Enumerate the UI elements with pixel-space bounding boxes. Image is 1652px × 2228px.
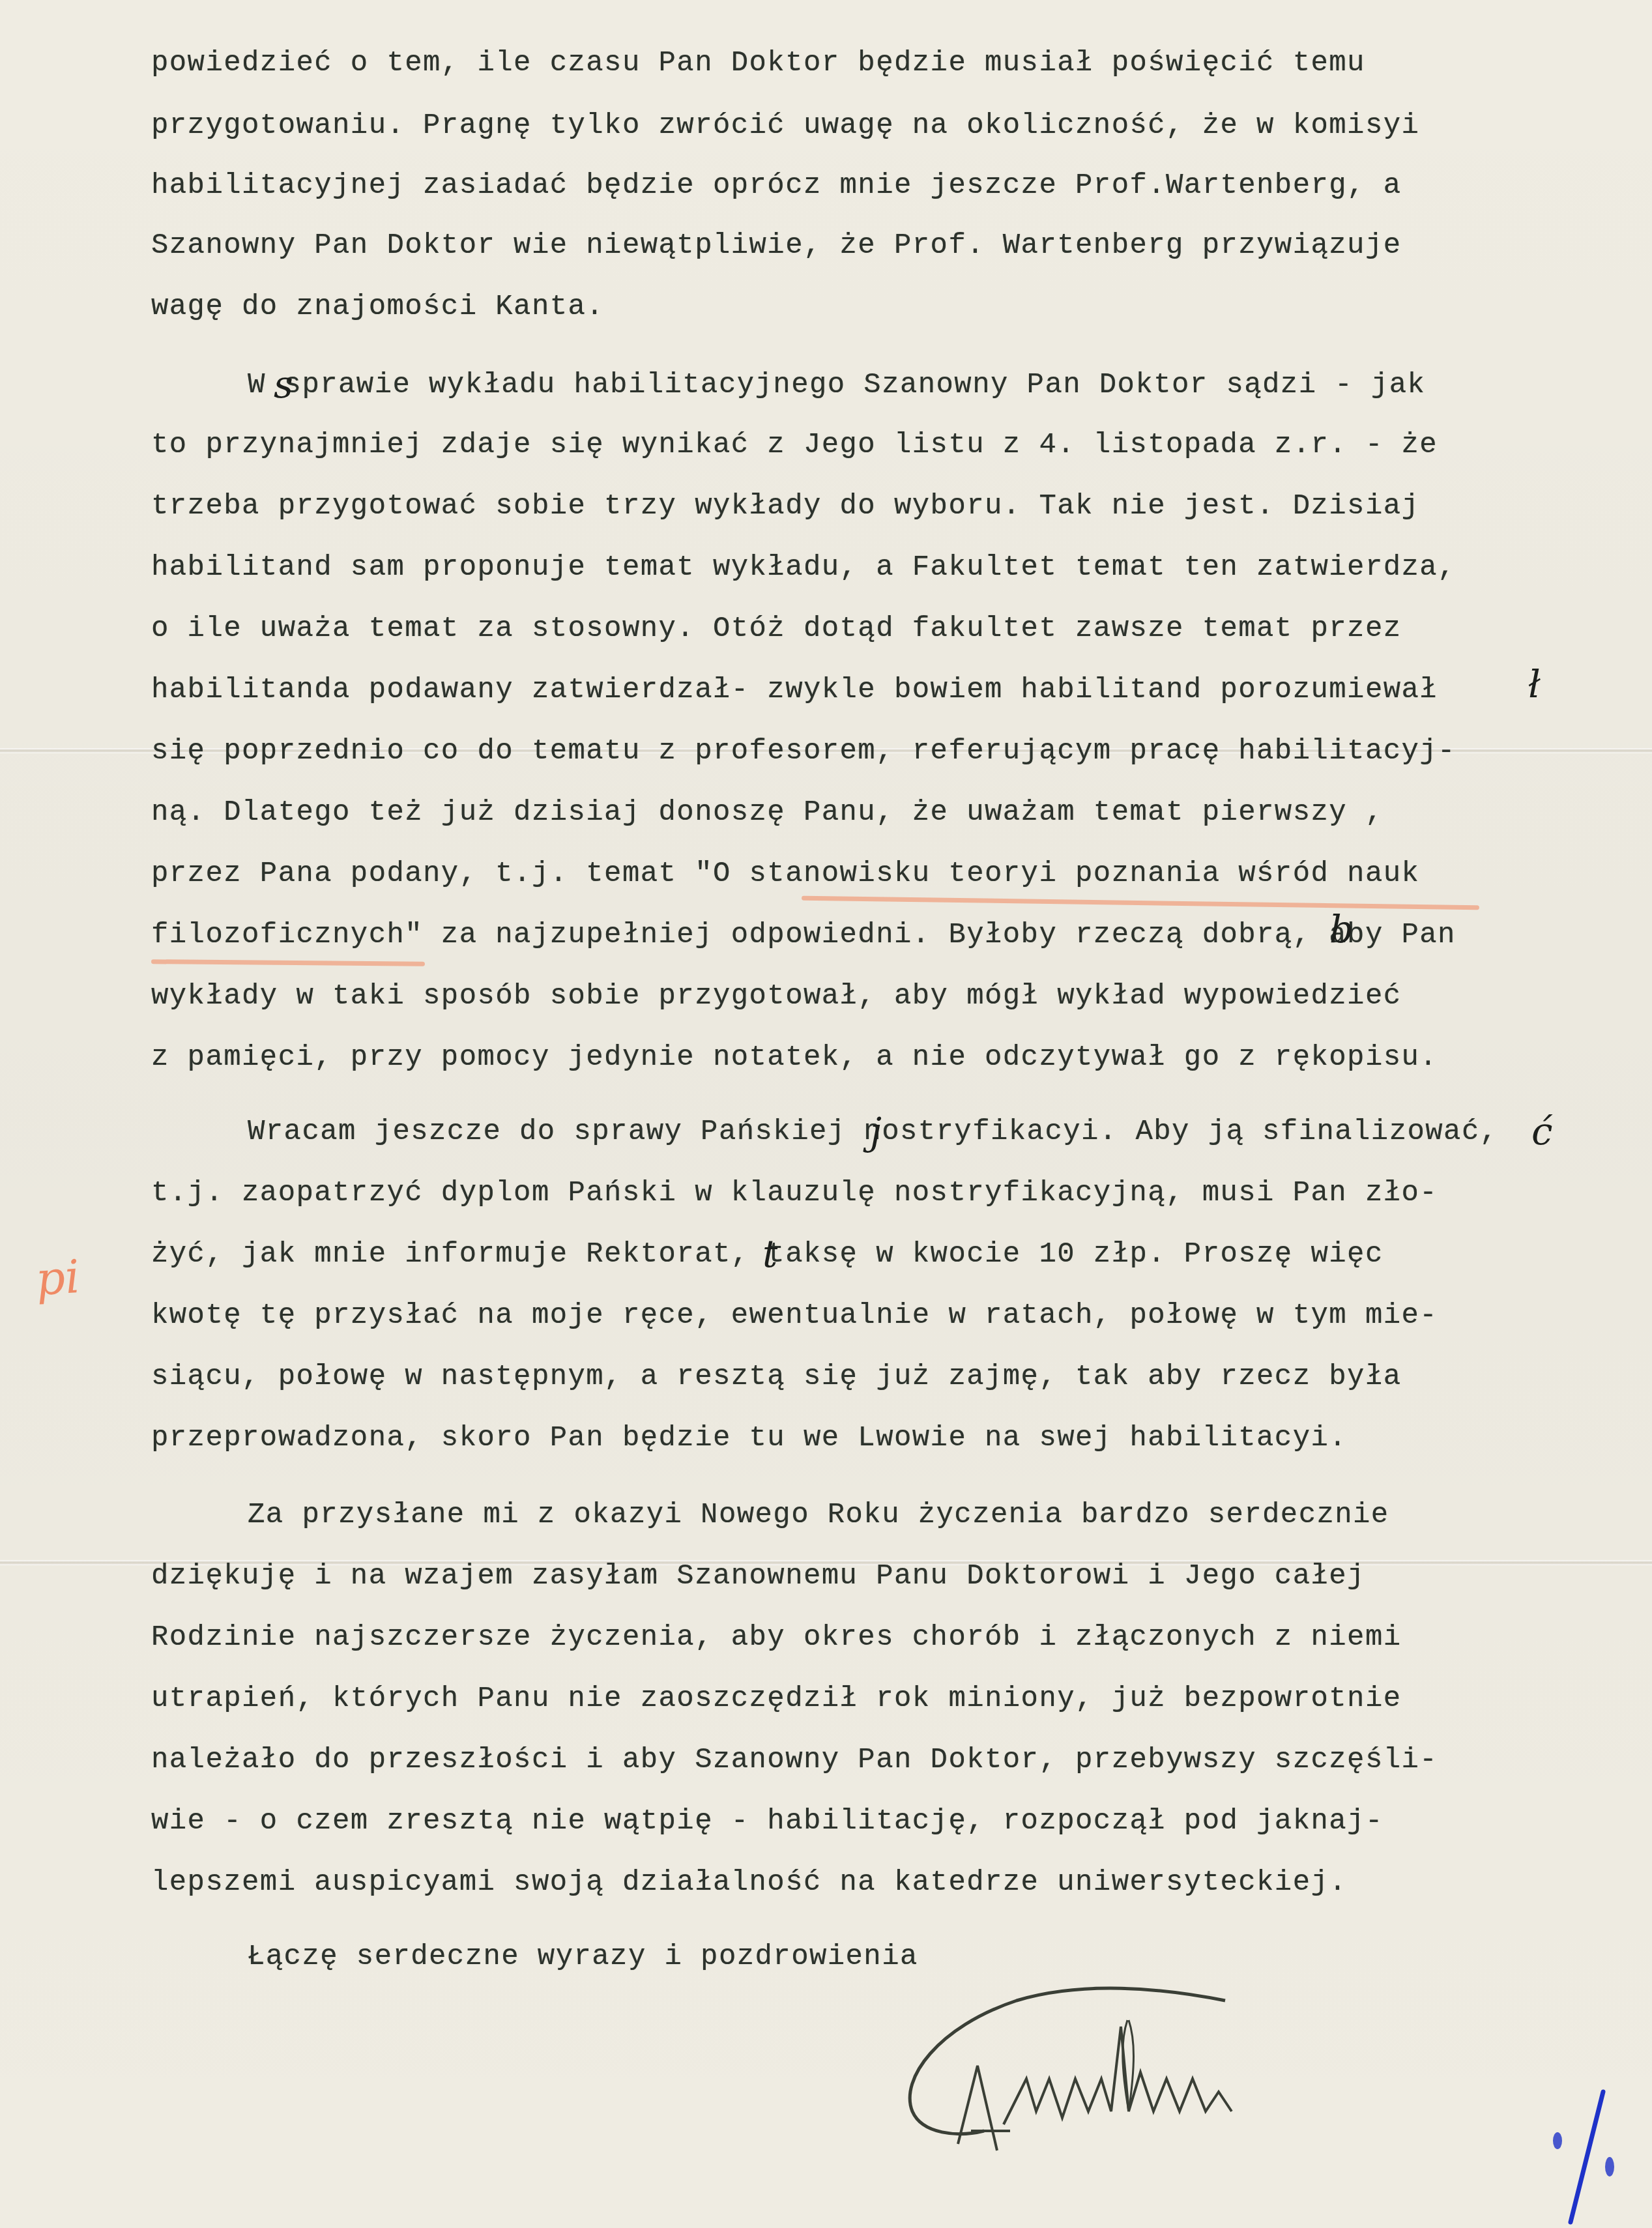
- closing-line: Łączę serdeczne wyrazy i pozdrowienia: [248, 1941, 918, 1973]
- text-line: wie - o czem zresztą nie wątpię - habili…: [151, 1805, 1384, 1838]
- text-line: t.j. zaopatrzyć dyplom Pański w klauzulę…: [151, 1177, 1438, 1209]
- handwritten-correction: b: [1329, 907, 1354, 951]
- text-line: utrapień, których Panu nie zaoszczędził …: [151, 1683, 1402, 1715]
- blue-pencil-mark: [1518, 2085, 1636, 2228]
- letter-page: powiedzieć o tem, ile czasu Pan Doktor b…: [0, 0, 1652, 2228]
- red-underline: [802, 896, 1479, 910]
- text-line: wagę do znajomości Kanta.: [151, 291, 604, 323]
- text-line: przeprowadzona, skoro Pan będzie tu we L…: [151, 1422, 1347, 1454]
- margin-note: pi: [34, 1250, 81, 1306]
- text-line: filozoficznych" za najzupełniej odpowied…: [151, 919, 1456, 951]
- text-line: powiedzieć o tem, ile czasu Pan Doktor b…: [151, 47, 1365, 80]
- text-line: lepszemi auspicyami swoją działalność na…: [151, 1866, 1347, 1899]
- text-line: Szanowny Pan Doktor wie niewątpliwie, że…: [151, 229, 1402, 262]
- text-line: habilitand sam proponuje temat wykładu, …: [151, 551, 1456, 584]
- text-line: z pamięci, przy pomocy jedynie notatek, …: [151, 1041, 1438, 1074]
- text-line: kwotę tę przysłać na moje ręce, ewentual…: [151, 1299, 1438, 1332]
- text-line: siącu, połowę w następnym, a resztą się …: [151, 1361, 1402, 1393]
- text-line: Za przysłane mi z okazyi Nowego Roku życ…: [248, 1499, 1389, 1531]
- text-line: o ile uważa temat za stosowny. Otóż dotą…: [151, 613, 1402, 645]
- signature: [886, 1981, 1473, 2157]
- handwritten-correction: s: [274, 362, 293, 407]
- text-line: habilitacyjnej zasiadać będzie oprócz mn…: [151, 169, 1402, 202]
- text-line: należało do przeszłości i aby Szanowny P…: [151, 1744, 1438, 1776]
- text-line: przez Pana podany, t.j. temat "O stanowi…: [151, 858, 1419, 890]
- text-line: dziękuję i na wzajem zasyłam Szanownemu …: [151, 1560, 1365, 1593]
- handwritten-correction: j: [870, 1109, 882, 1153]
- text-line: Rodzinie najszczersze życzenia, aby okre…: [151, 1621, 1402, 1654]
- red-underline: [151, 959, 425, 966]
- handwritten-correction: ć: [1531, 1109, 1552, 1153]
- text-line: przygotowaniu. Pragnę tylko zwrócić uwag…: [151, 109, 1419, 142]
- text-line: habilitanda podawany zatwierdzał- zwykle…: [151, 674, 1438, 706]
- text-line: się poprzednio co do tematu z profesorem…: [151, 735, 1456, 768]
- text-line: ną. Dlatego też już dzisiaj donoszę Panu…: [151, 796, 1384, 829]
- text-line: to przynajmniej zdaje się wynikać z Jego…: [151, 429, 1438, 461]
- text-line: W sprawie wykładu habilitacyjnego Szanow…: [248, 369, 1425, 401]
- handwritten-correction: ł: [1528, 662, 1541, 706]
- text-line: trzeba przygotować sobie trzy wykłady do…: [151, 490, 1419, 523]
- text-line: wykłady w taki sposób sobie przygotował,…: [151, 980, 1402, 1013]
- handwritten-correction: t: [762, 1232, 777, 1276]
